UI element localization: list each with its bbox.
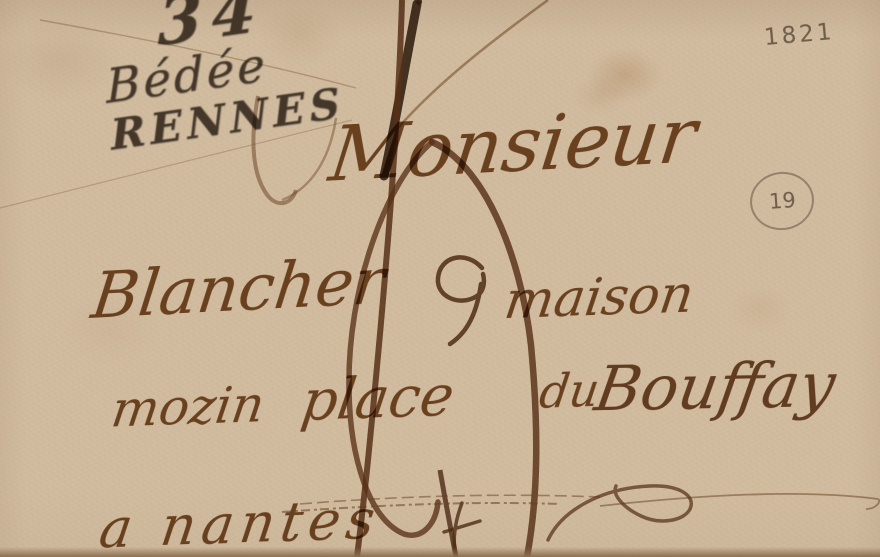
postage-oval-left xyxy=(349,142,438,535)
address-street-name: Bouffay xyxy=(590,348,840,425)
address-word-mozin: mozin xyxy=(108,375,268,439)
vertical-ink-stroke xyxy=(440,470,456,557)
m-ascender-stroke xyxy=(417,0,422,4)
address-recipient-name: Blancher xyxy=(88,244,389,334)
blancher-final-curl xyxy=(438,257,484,344)
pencil-circled-number: 19 xyxy=(768,188,796,214)
fold-edge xyxy=(0,547,880,557)
address-word-place: place xyxy=(297,363,458,434)
postmark-stamp: 34 Bédée RENNES xyxy=(92,0,371,158)
address-word-maison: maison xyxy=(501,265,698,332)
letter-sheet: 34 Bédée RENNES 1821 19 Monsieur Blanche… xyxy=(0,0,880,557)
postage-oval-right xyxy=(432,142,536,557)
pencil-year-annotation: 1821 xyxy=(763,19,836,51)
signature-flourish xyxy=(548,486,691,540)
pencil-circle-annotation: 19 xyxy=(746,168,817,234)
scribble-lines xyxy=(600,494,879,509)
address-salutation: Monsieur xyxy=(325,90,702,199)
